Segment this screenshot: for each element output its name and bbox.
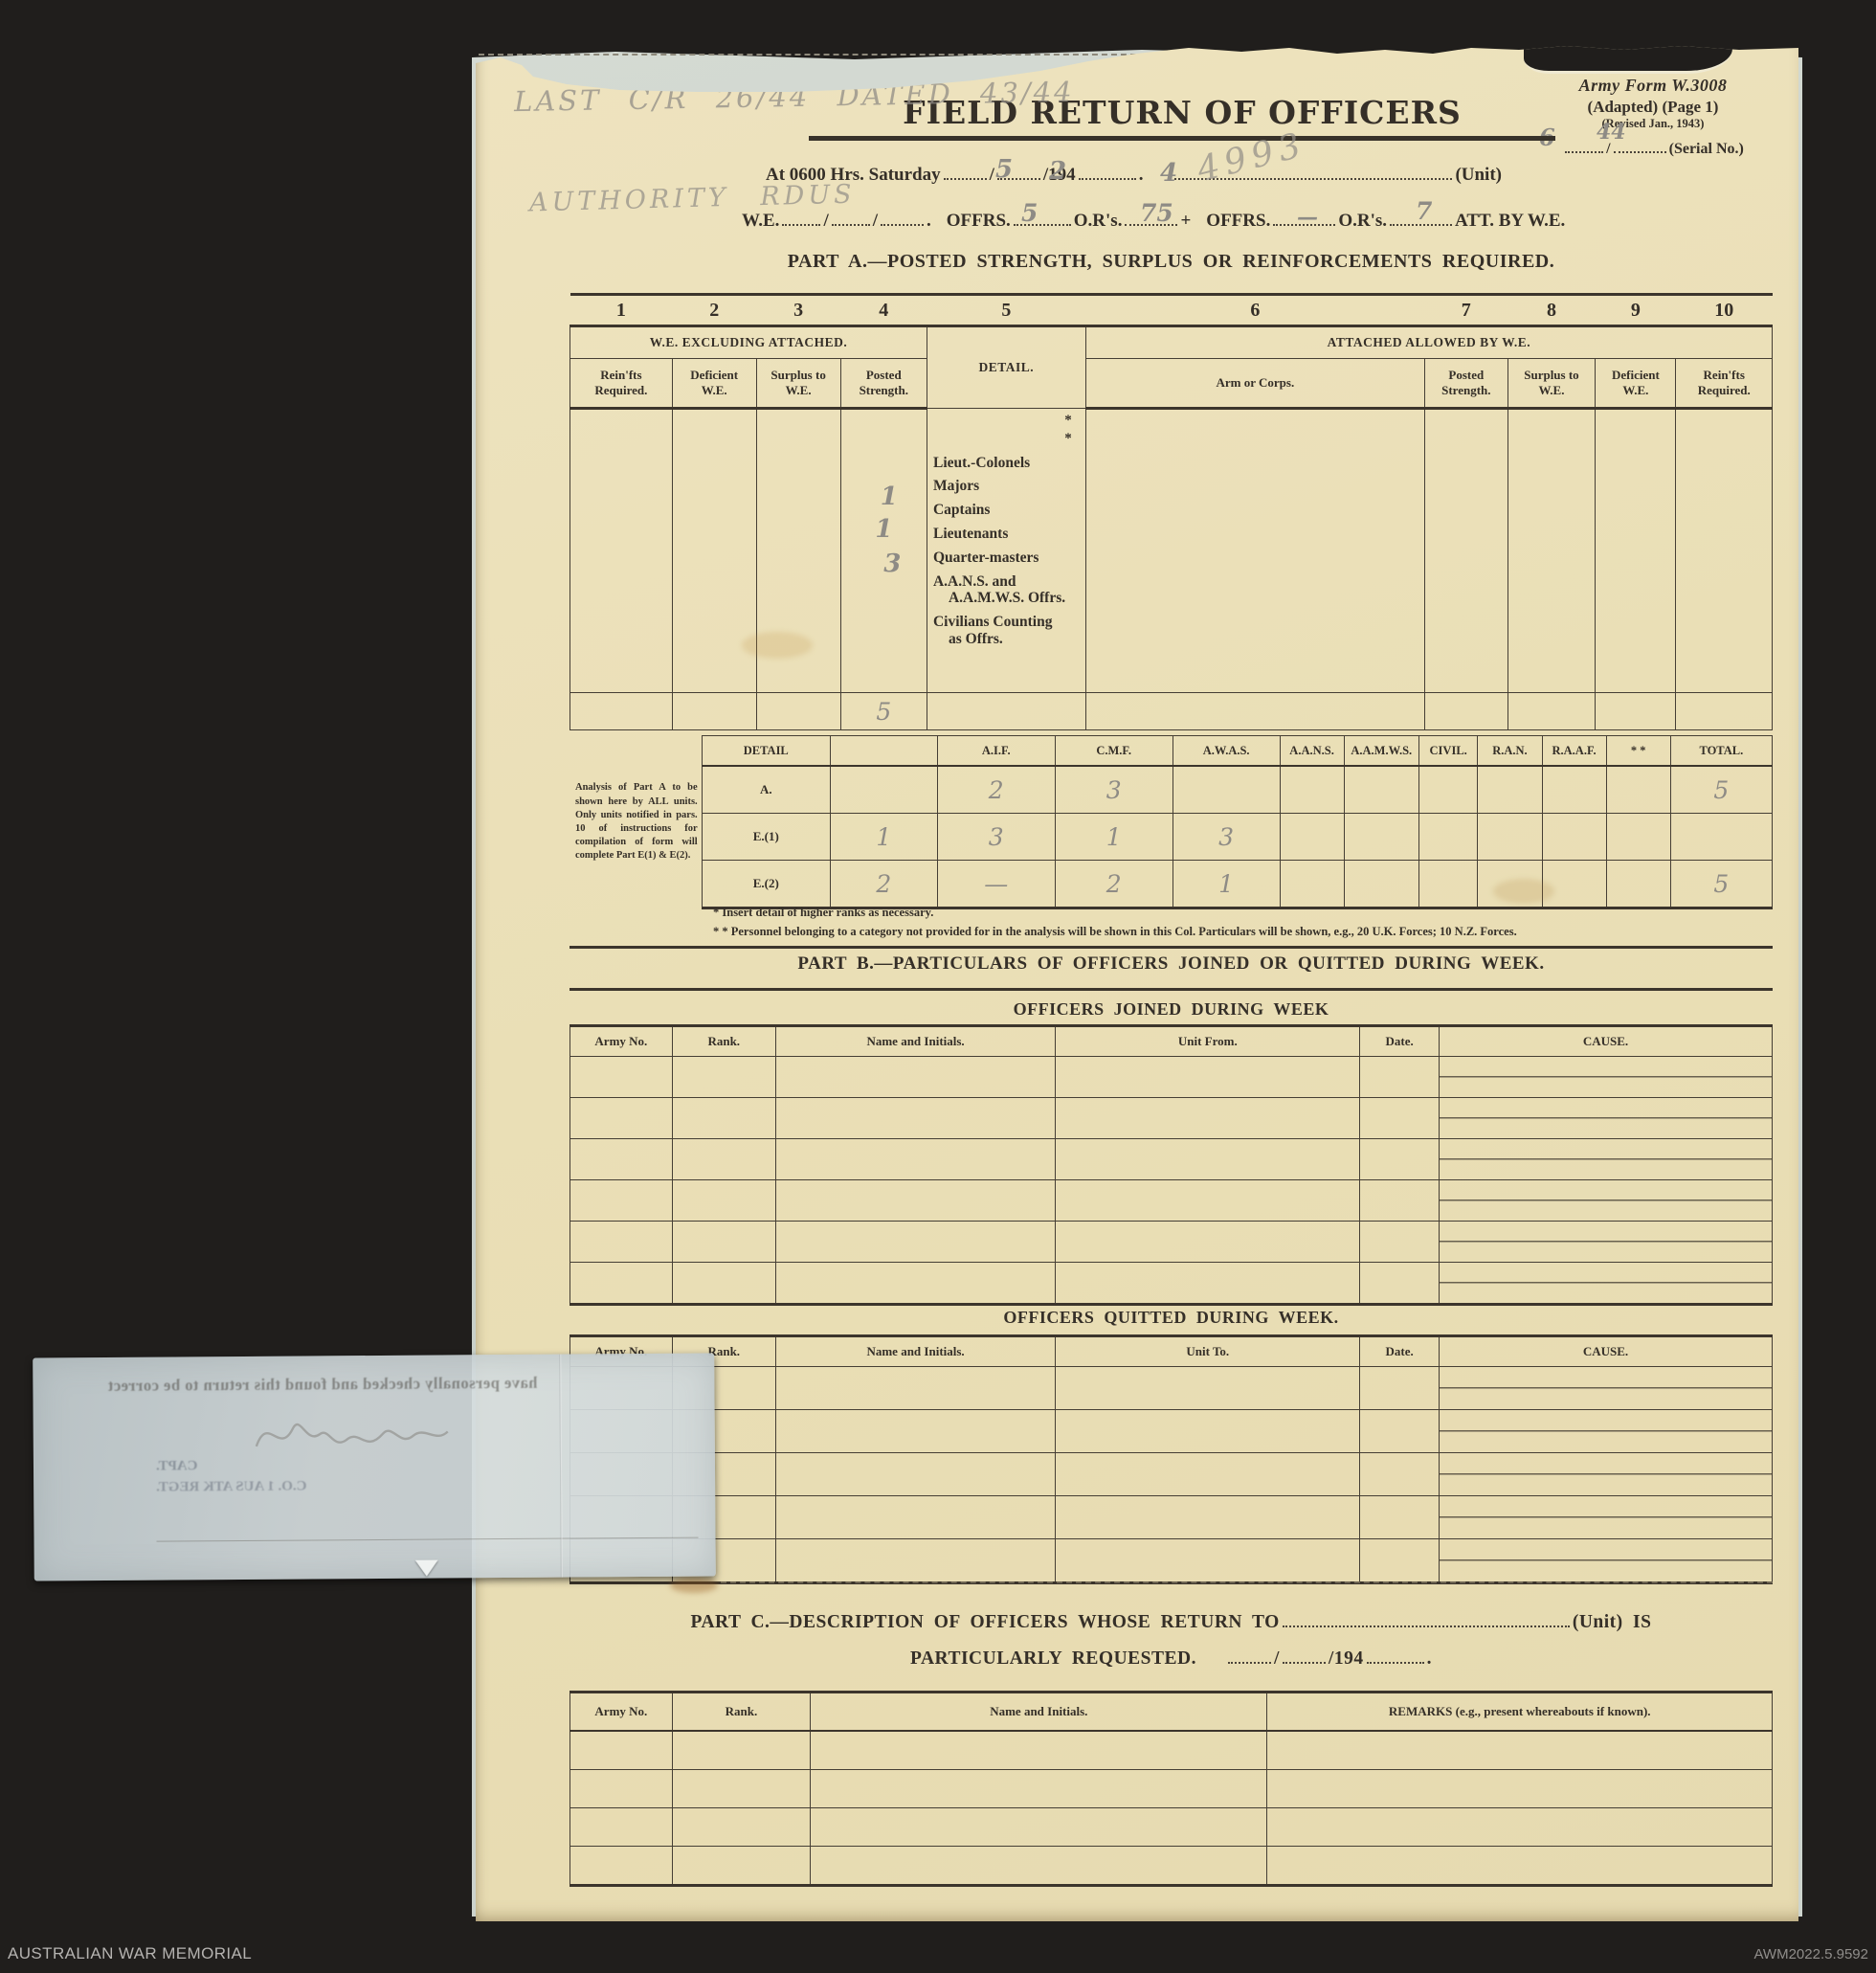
mid-perforation-line: [721, 1581, 1773, 1583]
sub-header: Surplus to W.E.: [756, 359, 840, 409]
part-c-table: Army No. Rank. Name and Initials. REMARK…: [569, 1691, 1773, 1887]
cell: [775, 1098, 1056, 1139]
form-adapted-page: (Adapted) (Page 1): [1533, 97, 1773, 117]
part-c-header: REMARKS (e.g., present whereabouts if kn…: [1267, 1693, 1773, 1732]
cell: [1056, 1057, 1360, 1098]
analysis-header: DETAIL: [702, 736, 830, 767]
pencil-value: 3: [1172, 814, 1280, 861]
body-cell: [1596, 409, 1676, 693]
cell: [672, 1808, 810, 1847]
cell: [1267, 1731, 1773, 1770]
cell: [672, 1770, 810, 1808]
stain: [670, 1578, 718, 1593]
pencil-value: [1418, 861, 1478, 908]
pencil-ors-2: 7: [1416, 197, 1432, 225]
analysis-header: A.A.M.W.S.: [1344, 736, 1418, 767]
officers-joined-table: Army No. Rank. Name and Initials. Unit F…: [569, 1024, 1773, 1306]
pencil-value: [1542, 861, 1606, 908]
cell: [1360, 1263, 1440, 1305]
footnote-double-asterisk: * * Personnel belonging to a category no…: [713, 925, 1771, 939]
cause-cell: [1440, 1367, 1773, 1410]
cell: [1056, 1180, 1360, 1222]
offrs-label: OFFRS.: [1206, 211, 1270, 231]
sub-header: Arm or Corps.: [1085, 359, 1424, 409]
joined-header: CAUSE.: [1440, 1026, 1773, 1057]
cell: [570, 1139, 673, 1180]
sub-header: Posted Strength.: [840, 359, 927, 409]
quitted-header: Name and Initials.: [775, 1336, 1056, 1367]
ors-label: O.R's.: [1074, 211, 1123, 231]
slash: /: [990, 165, 994, 185]
column-numbers-row: 1 2 3 4 5 6 7 8 9 10: [570, 295, 1773, 326]
cell: [775, 1180, 1056, 1222]
joined-header: Unit From.: [1056, 1026, 1360, 1057]
ors-label: O.R's.: [1338, 211, 1387, 231]
analysis-note: Analysis of Part A to be shown here by A…: [575, 781, 698, 863]
part-c-heading-line2: PARTICULARLY REQUESTED.//194.: [569, 1648, 1773, 1670]
pencil-posted-majors: 1: [881, 482, 898, 511]
pencil-signature: [249, 1404, 455, 1463]
cell: [1056, 1410, 1360, 1453]
cell: [672, 1180, 775, 1222]
pencil-posted-total: 5: [876, 698, 891, 726]
total-cell: [1507, 693, 1596, 730]
quitted-header: Date.: [1360, 1336, 1440, 1367]
body-cell: [1676, 409, 1773, 693]
part-c-header-row: Army No. Rank. Name and Initials. REMARK…: [570, 1693, 1773, 1732]
cell: [1360, 1410, 1440, 1453]
period: .: [1139, 165, 1144, 185]
cell: [775, 1539, 1056, 1583]
cell: [1360, 1180, 1440, 1222]
group-attached-allowed: ATTACHED ALLOWED BY W.E.: [1085, 326, 1772, 359]
unit-label: (Unit): [1455, 165, 1502, 185]
date-unit-line: 5 2 4 At 0600 Hrs. Saturday//194.(Unit): [766, 165, 1502, 186]
year-prefix: /194: [1329, 1648, 1364, 1669]
cause-cell: [1440, 1057, 1773, 1098]
table-row: [570, 1770, 1773, 1808]
cell: [570, 1808, 673, 1847]
table-row: [570, 1410, 1773, 1453]
analysis-header-row: DETAIL A.I.F. C.M.F. A.W.A.S. A.A.N.S. A…: [702, 736, 1772, 767]
archive-name: AUSTRALIAN WAR MEMORIAL: [8, 1944, 252, 1963]
total-cell: [1596, 693, 1676, 730]
pencil-serial-right: 44: [1597, 120, 1626, 146]
dotted-leader: [832, 212, 870, 226]
sub-header: Surplus to W.E.: [1507, 359, 1596, 409]
group-we-excluding: W.E. EXCLUDING ATTACHED.: [570, 326, 927, 359]
analysis-header: TOTAL.: [1670, 736, 1772, 767]
cause-cell: [1440, 1222, 1773, 1263]
pencil-value: [1606, 766, 1670, 814]
cell: [1056, 1539, 1360, 1583]
pencil-value: [1542, 814, 1606, 861]
form-number: Army Form W.3008: [1533, 75, 1773, 97]
slash: /: [823, 211, 828, 231]
quitted-header-row: Army No. Rank. Name and Initials. Unit T…: [570, 1336, 1773, 1367]
period: .: [1427, 1648, 1432, 1669]
detail-list-cell: * * Lieut.-Colonels Majors Captains Lieu…: [927, 409, 1085, 693]
archive-id: AWM2022.5.9592: [1753, 1946, 1868, 1962]
detail-rank: Lieutenants: [933, 526, 1080, 543]
we-strength-line: 5 75 — 7 W.E.//.OFFRS.O.R's.+OFFRS.O.R's…: [742, 211, 1565, 232]
analysis-block: Analysis of Part A to be shown here by A…: [569, 735, 1773, 909]
cause-cell: [1440, 1539, 1773, 1583]
offrs-label: OFFRS.: [947, 211, 1011, 231]
cell: [775, 1410, 1056, 1453]
pencil-value: 1: [1172, 861, 1280, 908]
pencil-posted-captains: 1: [875, 515, 892, 544]
sub-header-row: Rein'fts Required. Deficient W.E. Surplu…: [570, 359, 1773, 409]
cell: [1360, 1139, 1440, 1180]
total-cell: [1085, 693, 1424, 730]
pencil-ors-1: 75: [1140, 199, 1173, 227]
period: .: [927, 211, 931, 231]
pencil-value: 2: [830, 861, 937, 908]
analysis-table: DETAIL A.I.F. C.M.F. A.W.A.S. A.A.N.S. A…: [702, 735, 1773, 909]
bleed-through-text-line1: have personally checked and found this r…: [107, 1373, 710, 1396]
att-by-we-label: ATT. BY W.E.: [1455, 211, 1565, 231]
analysis-header: [830, 736, 937, 767]
quitted-header: Unit To.: [1056, 1336, 1360, 1367]
cell: [672, 1098, 775, 1139]
part-a-heading: PART A.—POSTED STRENGTH, SURPLUS OR REIN…: [569, 251, 1773, 273]
detail-asterisk: *: [933, 413, 1080, 429]
pencil-value: 1: [830, 814, 937, 861]
bleed-through-text-line2: CAPT.: [156, 1458, 198, 1474]
pencil-value: [1344, 814, 1418, 861]
pencil-date-day: 5: [995, 155, 1013, 184]
col-num: 10: [1676, 295, 1773, 326]
cell: [775, 1367, 1056, 1410]
pencil-value: [1670, 814, 1772, 861]
body-cell-arm-or-corps: [1085, 409, 1424, 693]
part-a-total-row: 5: [570, 693, 1773, 730]
cell: [1360, 1057, 1440, 1098]
analysis-row-e1: E.(1) 1 3 1 3: [702, 814, 1772, 861]
cell: [775, 1263, 1056, 1305]
analysis-row-a: A. 2 3 5: [702, 766, 1772, 814]
pencil-offrs-1: 5: [1021, 199, 1038, 227]
dotted-leader: [1228, 1649, 1271, 1664]
part-c-header: Army No.: [570, 1693, 673, 1732]
cell: [1056, 1453, 1360, 1496]
row-label: A.: [702, 766, 830, 814]
cell: [1267, 1770, 1773, 1808]
part-c-heading-text: PART C.—DESCRIPTION OF OFFICERS WHOSE RE…: [691, 1612, 1280, 1632]
col-num: 2: [672, 295, 756, 326]
pencil-value: [1478, 766, 1542, 814]
pencil-value: 5: [1670, 861, 1772, 908]
pencil-value: [1418, 814, 1478, 861]
table-row: [570, 1139, 1773, 1180]
cell: [1267, 1808, 1773, 1847]
mirrored-text: C.O. 1 AUS ATK REGT.: [156, 1478, 307, 1495]
form-paper: Army Form W.3008 (Adapted) (Page 1) (Rev…: [476, 42, 1798, 1921]
dotted-leader: [782, 212, 820, 226]
total-cell: [1424, 693, 1507, 730]
serial-number-line: 6 44 /(Serial No.): [1533, 139, 1773, 159]
cell: [1056, 1222, 1360, 1263]
cell: [1056, 1496, 1360, 1539]
total-cell: [672, 693, 756, 730]
joined-header: Rank.: [672, 1026, 775, 1057]
pencil-value: [1280, 814, 1344, 861]
joined-header-row: Army No. Rank. Name and Initials. Unit F…: [570, 1026, 1773, 1057]
dotted-leader: [1283, 1649, 1326, 1664]
sub-header: Rein'fts Required.: [570, 359, 673, 409]
cause-cell: [1440, 1180, 1773, 1222]
table-row: [570, 1367, 1773, 1410]
cell: [775, 1139, 1056, 1180]
pencil-value: [1344, 861, 1418, 908]
cell: [1056, 1098, 1360, 1139]
table-row: [570, 1453, 1773, 1496]
cell: [811, 1770, 1267, 1808]
analysis-header: * *: [1606, 736, 1670, 767]
joined-header: Date.: [1360, 1026, 1440, 1057]
detail-rank: Quarter-masters: [933, 549, 1080, 567]
part-c-unit-is: (Unit) IS: [1573, 1612, 1652, 1632]
analysis-header: R.A.N.: [1478, 736, 1542, 767]
part-c-heading-line1: PART C.—DESCRIPTION OF OFFICERS WHOSE RE…: [569, 1612, 1773, 1633]
stain: [1493, 879, 1554, 904]
detail-rank: Captains: [933, 502, 1080, 519]
table-row: [570, 1539, 1773, 1583]
col-num: 7: [1424, 295, 1507, 326]
cause-cell: [1440, 1496, 1773, 1539]
col-num: 3: [756, 295, 840, 326]
officers-joined-title: OFFICERS JOINED DURING WEEK: [569, 999, 1773, 1020]
form-reference-block: Army Form W.3008 (Adapted) (Page 1) (Rev…: [1533, 75, 1773, 159]
dotted-leader: [1367, 1649, 1424, 1664]
pencil-value: [1542, 766, 1606, 814]
col-num: 6: [1085, 295, 1424, 326]
analysis-row-e2: E.(2) 2 — 2 1 5: [702, 861, 1772, 908]
tape-remnant: [902, 37, 940, 49]
part-c-header: Rank.: [672, 1693, 810, 1732]
table-row: [570, 1496, 1773, 1539]
table-row: [570, 1731, 1773, 1770]
pencil-posted-lieutenants: 3: [883, 549, 901, 578]
sub-header: Deficient W.E.: [1596, 359, 1676, 409]
cell: [1360, 1222, 1440, 1263]
section-rule: [569, 988, 1773, 991]
table-row: [570, 1847, 1773, 1886]
pencil-value: —: [937, 861, 1055, 908]
col-num: 1: [570, 295, 673, 326]
cell: [775, 1496, 1056, 1539]
pencil-value: 2: [937, 766, 1055, 814]
joined-header: Army No.: [570, 1026, 673, 1057]
pencil-value: 5: [1670, 766, 1772, 814]
cause-cell: [1440, 1410, 1773, 1453]
cell: [672, 1222, 775, 1263]
cell: [811, 1847, 1267, 1886]
cell: [672, 1139, 775, 1180]
cell: [775, 1057, 1056, 1098]
cell: [570, 1180, 673, 1222]
pencil-value: [1478, 814, 1542, 861]
detail-rank: Majors: [933, 478, 1080, 495]
mirrored-text: CAPT.: [156, 1458, 198, 1474]
mirrored-text: have personally checked and found this r…: [107, 1374, 537, 1396]
pencil-value: [1418, 766, 1478, 814]
particularly-requested-label: PARTICULARLY REQUESTED.: [910, 1648, 1196, 1669]
table-row: [570, 1808, 1773, 1847]
row-label: E.(1): [702, 814, 830, 861]
cell: [1056, 1263, 1360, 1305]
cause-cell: [1440, 1263, 1773, 1305]
cell: [775, 1222, 1056, 1263]
col-num: 8: [1507, 295, 1596, 326]
total-cell: [927, 693, 1085, 730]
pencil-offrs-2: —: [1297, 205, 1318, 230]
body-cell: [1507, 409, 1596, 693]
cause-cell: [1440, 1098, 1773, 1139]
dotted-leader: [881, 212, 924, 226]
sub-header: Deficient W.E.: [672, 359, 756, 409]
pencil-value: 1: [1055, 814, 1172, 861]
form-content: Army Form W.3008 (Adapted) (Page 1) (Rev…: [569, 42, 1773, 1921]
bleed-through-text-line3: C.O. 1 AUS ATK REGT.: [156, 1478, 307, 1495]
analysis-header: A.I.F.: [937, 736, 1055, 767]
cell: [570, 1731, 673, 1770]
cell: [570, 1263, 673, 1305]
cell: [775, 1453, 1056, 1496]
sub-header: Posted Strength.: [1424, 359, 1507, 409]
table-row: [570, 1222, 1773, 1263]
detail-header: DETAIL.: [927, 326, 1085, 409]
pencil-date-month: 2: [1049, 157, 1066, 186]
cell: [672, 1263, 775, 1305]
detail-rank: Lieut.-Colonels: [933, 455, 1080, 472]
stain: [742, 632, 813, 659]
pencil-value: [1172, 766, 1280, 814]
form-revision: (Revised Jan., 1943): [1533, 117, 1773, 132]
total-cell: [756, 693, 840, 730]
dotted-leader: [1283, 1613, 1570, 1627]
pencil-value: [1280, 861, 1344, 908]
pencil-value: 2: [1055, 861, 1172, 908]
table-row: [570, 1180, 1773, 1222]
detail-rank: A.A.N.S. and A.A.M.W.S. Offrs.: [933, 573, 1080, 608]
pencil-line: [157, 1537, 699, 1542]
col-num: 5: [927, 295, 1085, 326]
pencil-value: 3: [937, 814, 1055, 861]
cell: [1360, 1539, 1440, 1583]
table-row: [570, 1098, 1773, 1139]
cause-cell: [1440, 1453, 1773, 1496]
pencil-value: 3: [1055, 766, 1172, 814]
row-label: E.(2): [702, 861, 830, 908]
dotted-leader: [944, 166, 987, 180]
cell: [1360, 1098, 1440, 1139]
total-cell: [1676, 693, 1773, 730]
cell: [811, 1808, 1267, 1847]
body-cell: [570, 409, 673, 693]
slash: /: [873, 211, 878, 231]
part-a-table: 1 2 3 4 5 6 7 8 9 10 W.E. EXCLUDING ATTA…: [569, 293, 1773, 730]
torn-corner-notch: [1524, 42, 1732, 74]
cell: [672, 1847, 810, 1886]
cell: [1360, 1453, 1440, 1496]
taped-tissue-overlay: have personally checked and found this r…: [33, 1354, 716, 1581]
cell: [672, 1731, 810, 1770]
officers-quitted-table: Army No. Rank. Name and Initials. Unit T…: [569, 1334, 1773, 1584]
plus-sign: +: [1180, 211, 1191, 231]
slash: /: [1274, 1648, 1280, 1669]
part-c-header: Name and Initials.: [811, 1693, 1267, 1732]
cell: [811, 1731, 1267, 1770]
cell: [570, 1098, 673, 1139]
section-rule: [569, 946, 1773, 949]
quitted-header: CAUSE.: [1440, 1336, 1773, 1367]
detail-asterisk: *: [933, 431, 1080, 447]
analysis-header: A.W.A.S.: [1172, 736, 1280, 767]
sub-header: Rein'fts Required.: [1676, 359, 1773, 409]
group-header-row: W.E. EXCLUDING ATTACHED. DETAIL. ATTACHE…: [570, 326, 1773, 359]
cell: [570, 1770, 673, 1808]
officers-quitted-title: OFFICERS QUITTED DURING WEEK.: [569, 1308, 1773, 1328]
joined-header: Name and Initials.: [775, 1026, 1056, 1057]
body-cell-posted-strength: 1 1 3: [840, 409, 927, 693]
body-cell: [1424, 409, 1507, 693]
footnote-asterisk: * Insert detail of higher ranks as neces…: [713, 906, 933, 920]
analysis-header: A.A.N.S.: [1280, 736, 1344, 767]
scanned-document-canvas: Army Form W.3008 (Adapted) (Page 1) (Rev…: [0, 0, 1876, 1973]
part-b-heading: PART B.—PARTICULARS OF OFFICERS JOINED O…: [569, 953, 1773, 975]
pencil-value: [1280, 766, 1344, 814]
we-label: W.E.: [742, 211, 779, 231]
cell: [1056, 1367, 1360, 1410]
cell: [1360, 1367, 1440, 1410]
total-cell: [570, 693, 673, 730]
col-num: 9: [1596, 295, 1676, 326]
analysis-header: CIVIL.: [1418, 736, 1478, 767]
pencil-value: [1606, 861, 1670, 908]
pencil-value: [830, 766, 937, 814]
tissue-fold-notch: [415, 1560, 438, 1577]
cause-cell: [1440, 1139, 1773, 1180]
cell: [570, 1847, 673, 1886]
pencil-date-year: 4: [1160, 159, 1177, 188]
cell: [672, 1057, 775, 1098]
cell: [1267, 1847, 1773, 1886]
dotted-leader: [1079, 166, 1136, 180]
cell: [1056, 1139, 1360, 1180]
analysis-header: R.A.A.F.: [1542, 736, 1606, 767]
pencil-value: [1606, 814, 1670, 861]
cell: [570, 1057, 673, 1098]
cell: [1360, 1496, 1440, 1539]
table-row: [570, 1057, 1773, 1098]
cell: [570, 1222, 673, 1263]
serial-label: (Serial No.): [1669, 141, 1744, 157]
table-row: [570, 1263, 1773, 1305]
col-num: 4: [840, 295, 927, 326]
analysis-header: C.M.F.: [1055, 736, 1172, 767]
total-cell-posted: 5: [840, 693, 927, 730]
detail-rank: Civilians Counting as Offrs.: [933, 614, 1080, 648]
pencil-value: [1344, 766, 1418, 814]
